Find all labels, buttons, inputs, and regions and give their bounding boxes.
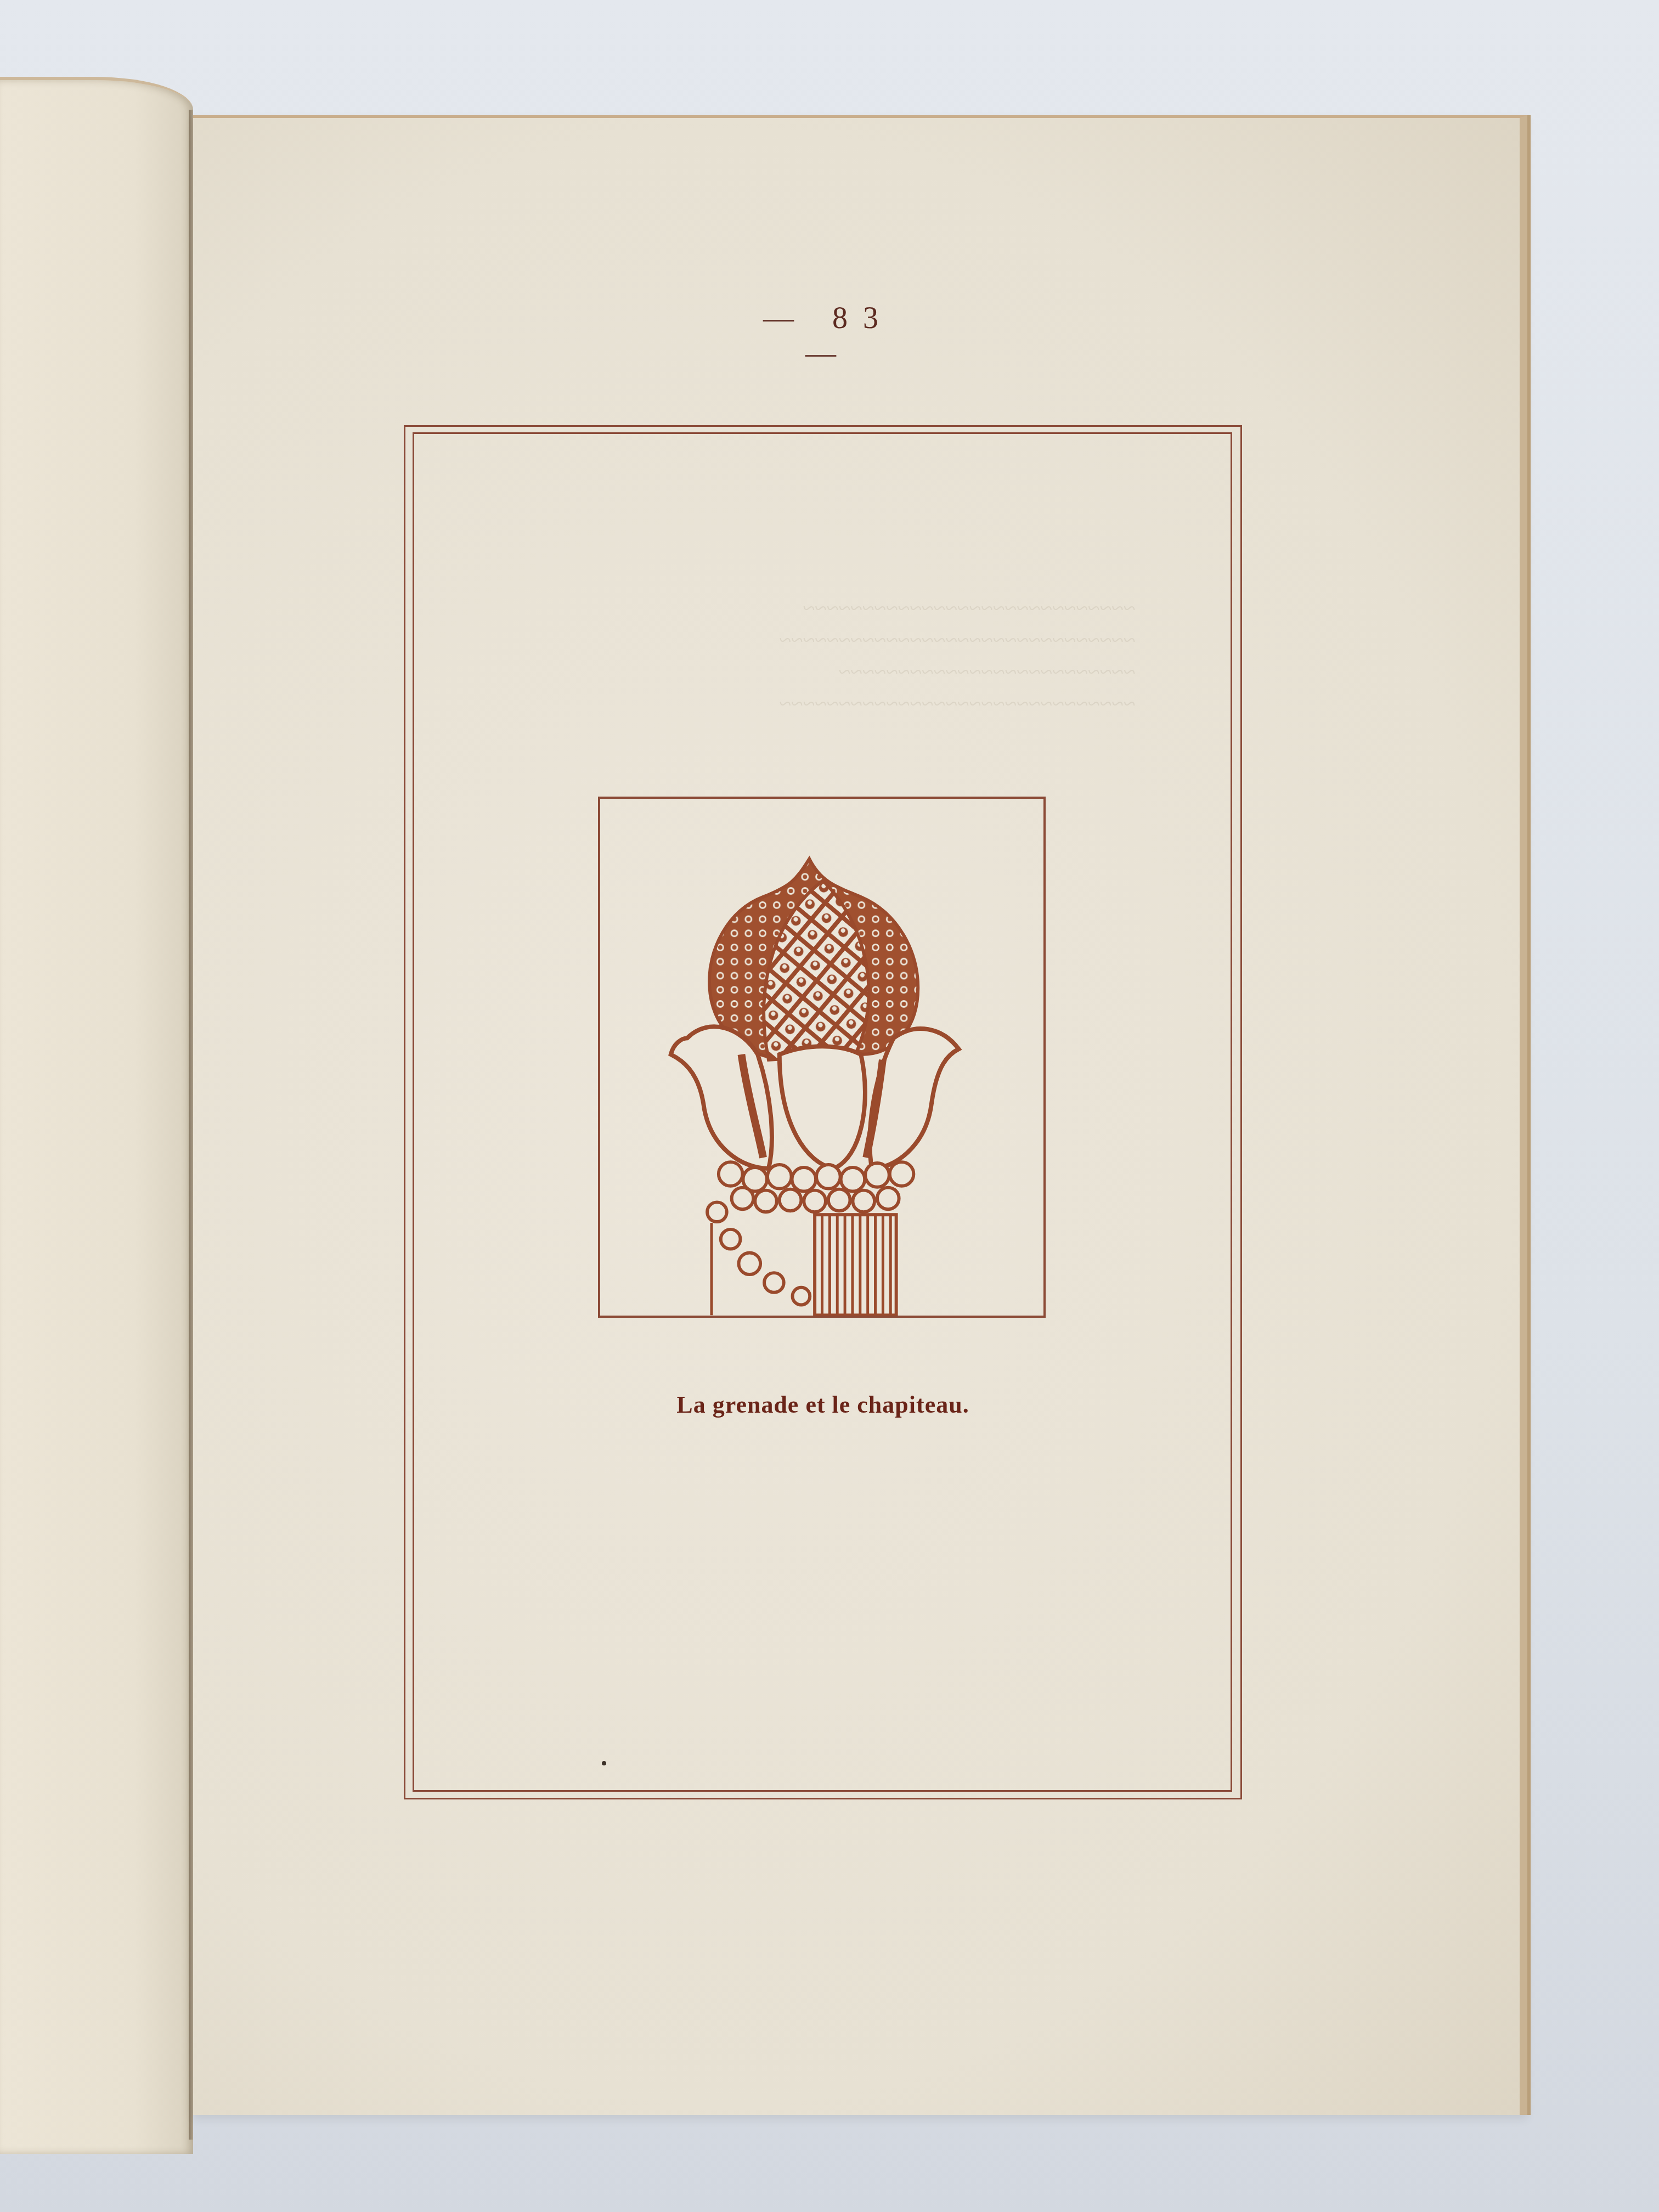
pomegranate-capital-icon [600,799,1043,1316]
page-number: — 83 — [735,301,922,371]
illustration-caption: La grenade et le chapiteau. [631,1391,1015,1419]
left-page [0,77,193,2154]
illustration-plate [598,797,1046,1318]
book-gutter [189,110,193,2140]
paper-speck [602,1761,606,1765]
